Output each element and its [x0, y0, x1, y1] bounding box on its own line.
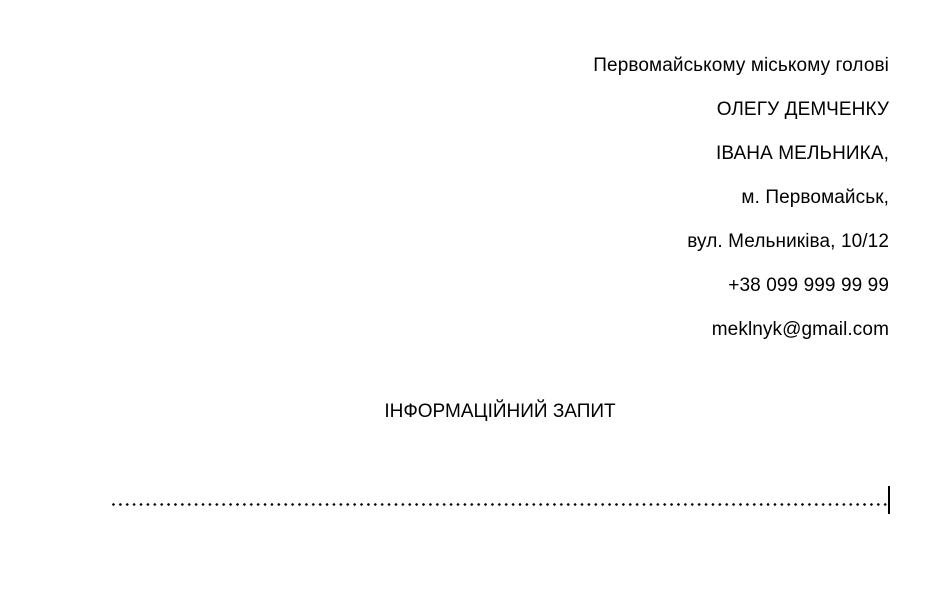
- body-text-line[interactable]: [110, 486, 888, 516]
- sender-name: ІВАНА МЕЛЬНИКА,: [389, 132, 889, 176]
- recipient-address-block: Первомайському міському голові ОЛЕГУ ДЕМ…: [389, 44, 889, 352]
- text-cursor: [888, 486, 890, 514]
- dotted-placeholder: [110, 503, 888, 506]
- sender-email: meklnyk@gmail.com: [389, 308, 889, 352]
- document-page: Первомайському міському голові ОЛЕГУ ДЕМ…: [0, 0, 930, 590]
- sender-city: м. Первомайськ,: [389, 176, 889, 220]
- recipient-name: ОЛЕГУ ДЕМЧЕНКУ: [389, 88, 889, 132]
- sender-phone: +38 099 999 99 99: [389, 264, 889, 308]
- sender-street: вул. Мельниківа, 10/12: [389, 220, 889, 264]
- document-title: ІНФОРМАЦІЙНИЙ ЗАПИТ: [110, 396, 890, 428]
- recipient-title: Первомайському міському голові: [389, 44, 889, 88]
